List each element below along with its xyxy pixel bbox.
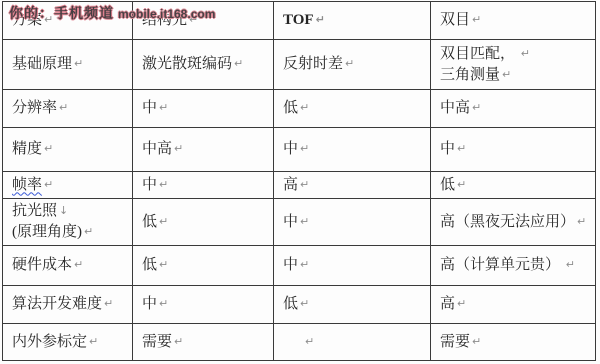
paragraph-mark-icon: ↵ (305, 331, 314, 352)
paragraph-mark-icon: ↵ (472, 97, 481, 118)
paragraph-mark-icon: ↵ (104, 293, 113, 314)
paragraph-mark-icon: ↵ (300, 174, 309, 195)
cell-anti-light-tof: 中↵ (274, 199, 431, 246)
row-label-precision: 精度↵ (3, 128, 133, 172)
paragraph-mark-icon: ↵ (159, 174, 168, 195)
paragraph-mark-icon: ↓ (59, 200, 68, 221)
paragraph-mark-icon: ↵ (577, 211, 586, 232)
cell-frame-rate-structured-light: 中↵ (133, 172, 274, 199)
paragraph-mark-icon: ↵ (84, 221, 93, 242)
paragraph-mark-icon: ↵ (174, 138, 183, 159)
cell-resolution-tof: 低↵ (274, 90, 431, 128)
cell-frame-rate-stereo: 低↵ (431, 172, 596, 199)
row-label-calibration: 内外参标定↵ (3, 324, 133, 361)
row-label-frame-rate: 帧率↵ (3, 172, 133, 199)
row-label-resolution: 分辨率↵ (3, 90, 133, 128)
cell-resolution-structured-light: 中↵ (133, 90, 274, 128)
cell-hardware-cost-tof: 中↵ (274, 246, 431, 286)
header-stereo: 双目↵ (431, 2, 596, 40)
cell-frame-rate-tof: 高↵ (274, 172, 431, 199)
cell-precision-structured-light: 中高↵ (133, 128, 274, 172)
header-tof: TOF↵ (274, 2, 431, 40)
comparison-table: 方案↵ 结构光↵ TOF↵ 双目↵ 基础原理↵ 激光散斑编码↵ 反射时差↵ 双目… (2, 1, 596, 361)
paragraph-mark-icon: ↵ (159, 254, 168, 275)
cell-precision-tof: 中↵ (274, 128, 431, 172)
paragraph-mark-icon: ↵ (74, 53, 83, 74)
header-scheme: 方案↵ (3, 2, 133, 40)
paragraph-mark-icon: ↵ (44, 9, 53, 30)
paragraph-mark-icon: ↵ (300, 97, 309, 118)
cell-anti-light-structured-light: 低↵ (133, 199, 274, 246)
cell-resolution-stereo: 中高↵ (431, 90, 596, 128)
paragraph-mark-icon: ↵ (189, 9, 198, 30)
paragraph-mark-icon: ↵ (300, 254, 309, 275)
paragraph-mark-icon: ↵ (300, 138, 309, 159)
paragraph-mark-icon: ↵ (457, 138, 466, 159)
row-label-algorithm-difficulty: 算法开发难度↵ (3, 286, 133, 324)
paragraph-mark-icon: ↵ (44, 174, 53, 195)
cell-basic-principle-tof: 反射时差↵ (274, 40, 431, 90)
paragraph-mark-icon: ↵ (74, 254, 83, 275)
paragraph-mark-icon: ↵ (159, 211, 168, 232)
cell-calibration-tof: ↵ (274, 324, 431, 361)
cell-basic-principle-stereo: 双目匹配， ↵ 三角测量↵ (431, 40, 596, 90)
cell-calibration-stereo: 需要↵ (431, 324, 596, 361)
paragraph-mark-icon: ↵ (174, 331, 183, 352)
paragraph-mark-icon: ↵ (59, 97, 68, 118)
cell-hardware-cost-stereo: 高（计算单元贵） ↵ (431, 246, 596, 286)
table-row-precision: 精度↵ 中高↵ 中↵ 中↵ (3, 128, 596, 172)
header-structured-light: 结构光↵ (133, 2, 274, 40)
cell-precision-stereo: 中↵ (431, 128, 596, 172)
table-row-frame-rate: 帧率↵ 中↵ 高↵ 低↵ (3, 172, 596, 199)
row-label-anti-light: 抗光照↓ (原理角度)↵ (3, 199, 133, 246)
paragraph-mark-icon: ↵ (316, 9, 325, 30)
paragraph-mark-icon: ↵ (159, 97, 168, 118)
cell-hardware-cost-structured-light: 低↵ (133, 246, 274, 286)
paragraph-mark-icon: ↵ (472, 331, 481, 352)
row-label-basic-principle: 基础原理↵ (3, 40, 133, 90)
paragraph-mark-icon: ↵ (521, 43, 530, 64)
paragraph-mark-icon: ↵ (457, 293, 466, 314)
cell-algorithm-difficulty-stereo: 高↵ (431, 286, 596, 324)
table-row-hardware-cost: 硬件成本↵ 低↵ 中↵ 高（计算单元贵） ↵ (3, 246, 596, 286)
paragraph-mark-icon: ↵ (566, 254, 575, 275)
table-row-algorithm-difficulty: 算法开发难度↵ 中↵ 低↵ 高↵ (3, 286, 596, 324)
paragraph-mark-icon: ↵ (300, 293, 309, 314)
table-row-resolution: 分辨率↵ 中↵ 低↵ 中高↵ (3, 90, 596, 128)
table-row-basic-principle: 基础原理↵ 激光散斑编码↵ 反射时差↵ 双目匹配， ↵ 三角测量↵ (3, 40, 596, 90)
paragraph-mark-icon: ↵ (300, 211, 309, 232)
paragraph-mark-icon: ↵ (345, 53, 354, 74)
cell-algorithm-difficulty-structured-light: 中↵ (133, 286, 274, 324)
paragraph-mark-icon: ↵ (234, 53, 243, 74)
cell-calibration-structured-light: 需要↵ (133, 324, 274, 361)
paragraph-mark-icon: ↵ (457, 174, 466, 195)
table-row-anti-light: 抗光照↓ (原理角度)↵ 低↵ 中↵ 高（黑夜无法应用）↵ (3, 199, 596, 246)
cell-anti-light-stereo: 高（黑夜无法应用）↵ (431, 199, 596, 246)
row-label-hardware-cost: 硬件成本↵ (3, 246, 133, 286)
table-row-calibration: 内外参标定↵ 需要↵ ↵ 需要↵ (3, 324, 596, 361)
paragraph-mark-icon: ↵ (472, 9, 481, 30)
paragraph-mark-icon: ↵ (44, 138, 53, 159)
paragraph-mark-icon: ↵ (159, 293, 168, 314)
cell-algorithm-difficulty-tof: 低↵ (274, 286, 431, 324)
paragraph-mark-icon: ↵ (502, 64, 511, 85)
paragraph-mark-icon: ↵ (89, 331, 98, 352)
cell-basic-principle-structured-light: 激光散斑编码↵ (133, 40, 274, 90)
header-row: 方案↵ 结构光↵ TOF↵ 双目↵ (3, 2, 596, 40)
